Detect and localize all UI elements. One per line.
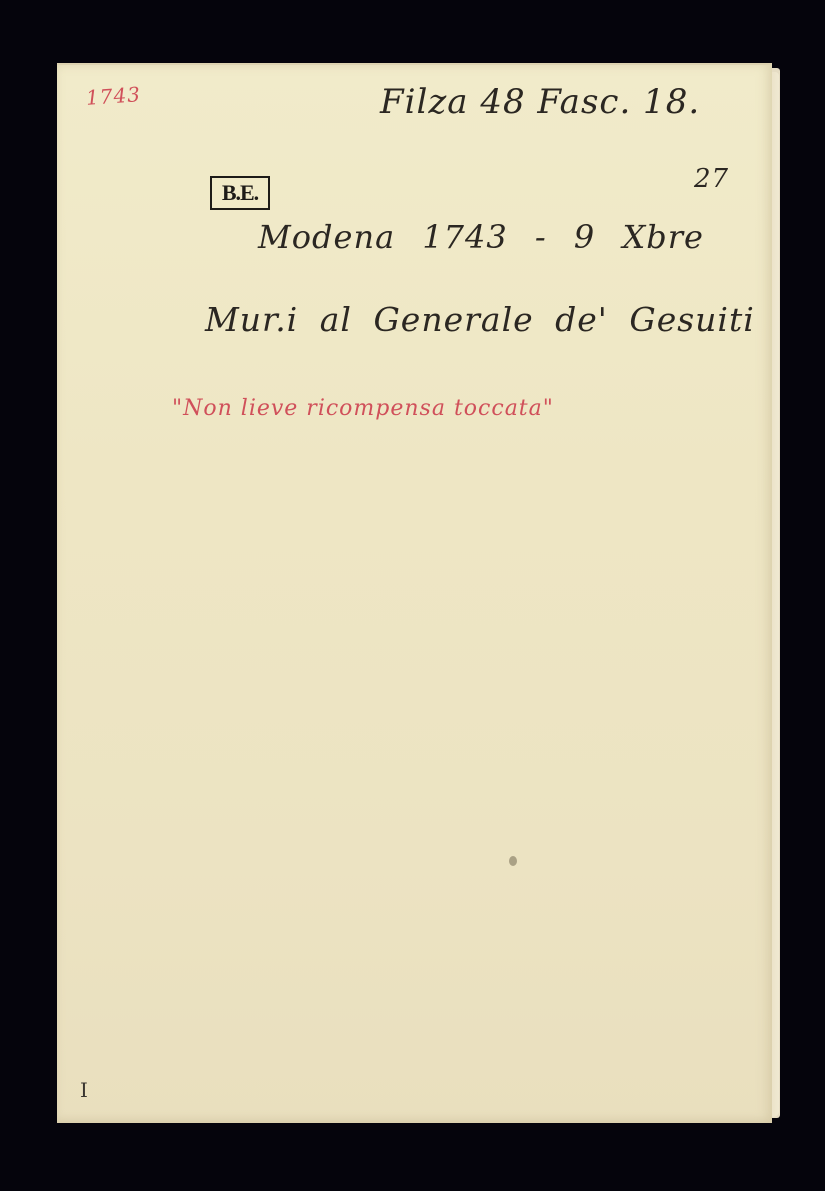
archive-stamp: B.E. [210, 176, 270, 210]
page-marker: I [80, 1078, 89, 1102]
paper-stain [509, 856, 517, 866]
folio-number: 27 [694, 164, 729, 194]
year-note: 1743 [85, 82, 141, 110]
quoted-summary: "Non lieve ricompensa toccata" [172, 396, 554, 421]
document-subject: Mur.i al Generale de' Gesuiti [205, 300, 755, 339]
place-date: Modena 1743 - 9 Xbre [258, 218, 704, 256]
archive-reference: Filza 48 Fasc. 18. [380, 82, 700, 122]
